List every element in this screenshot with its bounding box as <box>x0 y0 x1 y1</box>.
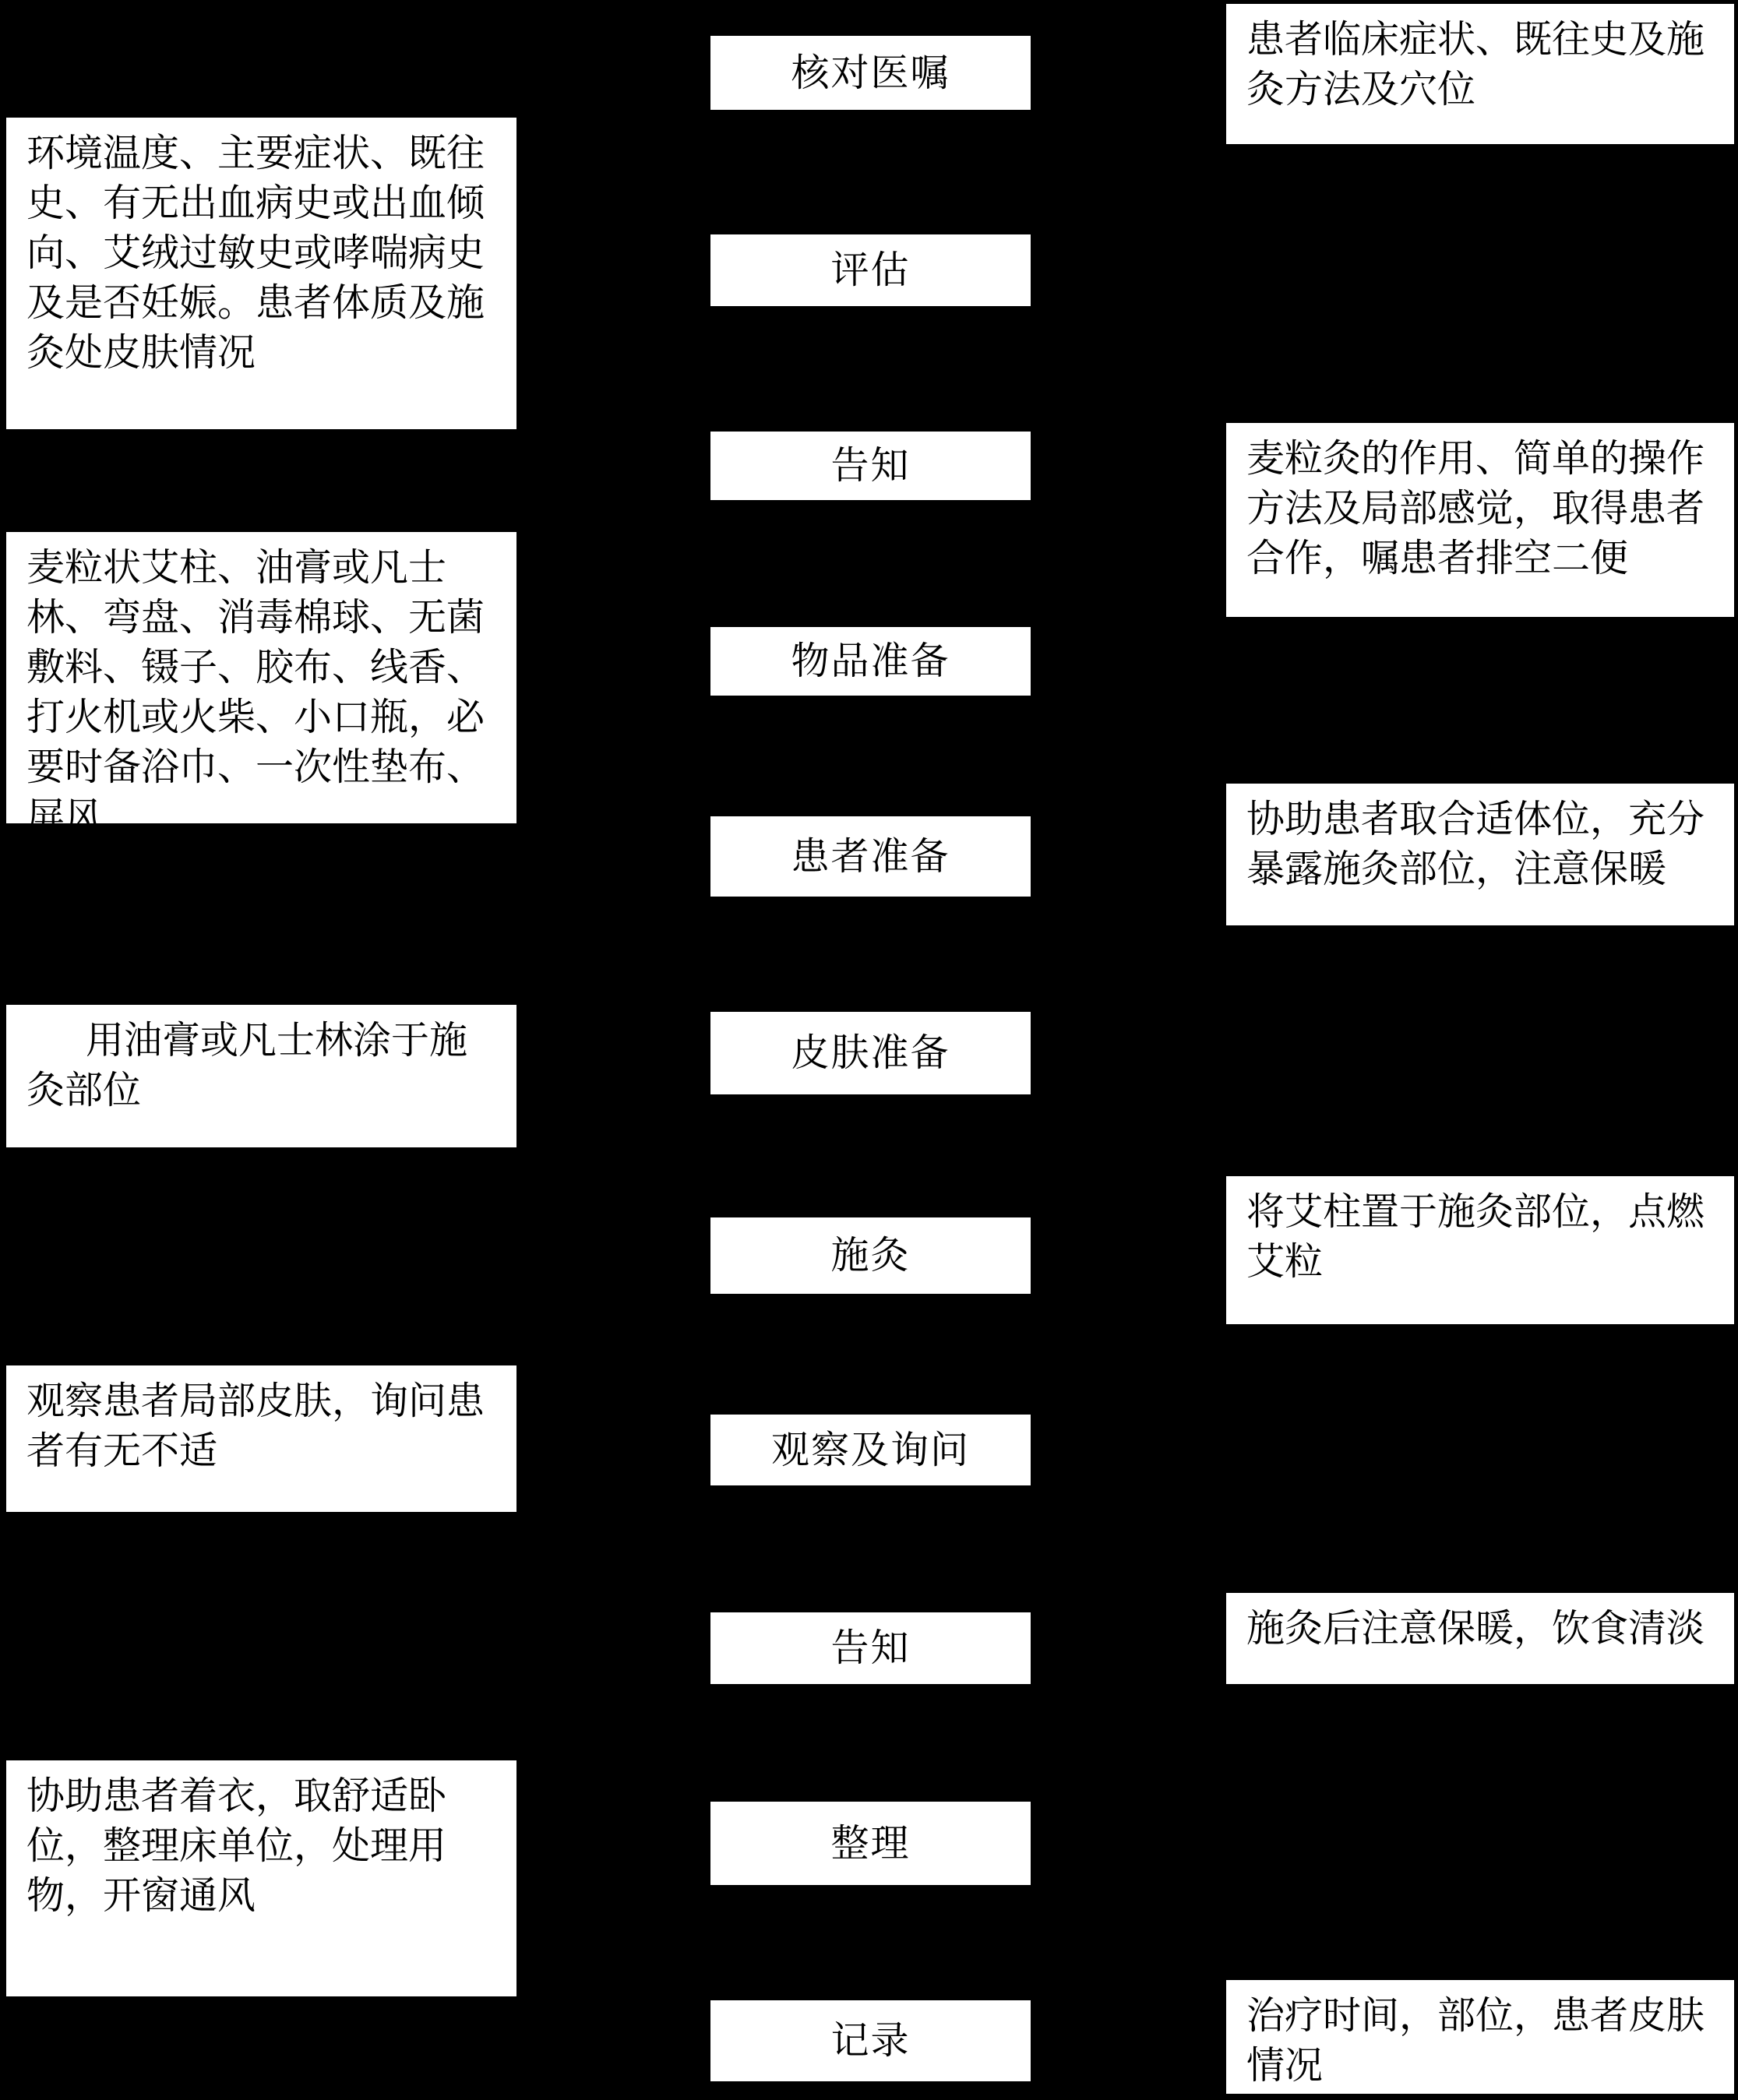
step-box-check-orders-label: 核对医嘱 <box>791 48 950 98</box>
right-note-aftercare-note-label: 施灸后注意保暖，饮食清淡 <box>1246 1607 1705 1650</box>
step-box-inform: 告知 <box>710 432 1031 500</box>
left-note-supplies-note: 麦粒状艾柱、油膏或凡士林、弯盘、消毒棉球、无菌敷料、镊子、胶布、线香、打火机或火… <box>6 532 516 823</box>
right-note-record-note-label: 治疗时间，部位，患者皮肤情况 <box>1246 1994 1705 2087</box>
right-note-record-note: 治疗时间，部位，患者皮肤情况 <box>1226 1980 1734 2094</box>
flowchart-canvas: 核对医嘱评估告知物品准备患者准备皮肤准备施灸观察及询问告知整理记录环境温度、主要… <box>0 0 1738 2100</box>
left-note-observe-note-label: 观察患者局部皮肤，询问患者有无不适 <box>26 1379 485 1472</box>
right-note-check-note-label: 患者临床症状、既往史及施灸方法及穴位 <box>1246 18 1705 111</box>
step-box-patient-prep: 患者准备 <box>710 816 1031 897</box>
step-box-inform-after-label: 告知 <box>830 1623 910 1673</box>
step-box-check-orders: 核对医嘱 <box>710 36 1031 110</box>
step-box-inform-label: 告知 <box>830 441 910 491</box>
left-note-skin-prep-note: 用油膏或凡士林涂于施灸部位 <box>6 1005 516 1147</box>
right-note-inform-note-label: 麦粒灸的作用、简单的操作方法及局部感觉，取得患者合作，嘱患者排空二便 <box>1246 437 1705 580</box>
left-note-tidy-note-label: 协助患者着衣，取舒适卧位，整理床单位，处理用物，开窗通风 <box>26 1774 446 1917</box>
step-box-tidy-up: 整理 <box>710 1802 1031 1885</box>
step-box-patient-prep-label: 患者准备 <box>791 832 950 882</box>
left-note-tidy-note: 协助患者着衣，取舒适卧位，整理床单位，处理用物，开窗通风 <box>6 1760 516 1996</box>
right-note-moxibustion-note: 将艾柱置于施灸部位，点燃艾粒 <box>1226 1176 1734 1324</box>
step-box-observe-inquire-label: 观察及询问 <box>771 1425 970 1475</box>
left-note-skin-prep-note-label: 用油膏或凡士林涂于施灸部位 <box>26 1019 467 1112</box>
step-box-observe-inquire: 观察及询问 <box>710 1415 1031 1485</box>
left-note-assess-note: 环境温度、主要症状、既往史、有无出血病史或出血倾向、艾绒过敏史或哮喘病史及是否妊… <box>6 118 516 429</box>
step-box-assess-label: 评估 <box>830 245 910 295</box>
left-note-observe-note: 观察患者局部皮肤，询问患者有无不适 <box>6 1365 516 1512</box>
step-box-record-label: 记录 <box>830 2016 910 2066</box>
left-note-supplies-note-label: 麦粒状艾柱、油膏或凡士林、弯盘、消毒棉球、无菌敷料、镊子、胶布、线香、打火机或火… <box>26 546 485 838</box>
right-note-aftercare-note: 施灸后注意保暖，饮食清淡 <box>1226 1593 1734 1684</box>
step-box-supplies-prep: 物品准备 <box>710 627 1031 696</box>
left-note-assess-note-label: 环境温度、主要症状、既往史、有无出血病史或出血倾向、艾绒过敏史或哮喘病史及是否妊… <box>26 132 485 374</box>
step-box-assess: 评估 <box>710 234 1031 306</box>
step-box-supplies-prep-label: 物品准备 <box>791 636 950 686</box>
step-box-tidy-up-label: 整理 <box>830 1819 910 1869</box>
step-box-skin-prep: 皮肤准备 <box>710 1012 1031 1094</box>
right-note-inform-note: 麦粒灸的作用、简单的操作方法及局部感觉，取得患者合作，嘱患者排空二便 <box>1226 423 1734 617</box>
step-box-skin-prep-label: 皮肤准备 <box>791 1028 950 1078</box>
right-note-patient-prep-note-label: 协助患者取合适体位，充分暴露施灸部位，注意保暖 <box>1246 798 1705 890</box>
step-box-record: 记录 <box>710 2000 1031 2081</box>
step-box-moxibustion: 施灸 <box>710 1217 1031 1294</box>
right-note-moxibustion-note-label: 将艾柱置于施灸部位，点燃艾粒 <box>1246 1190 1705 1283</box>
right-note-patient-prep-note: 协助患者取合适体位，充分暴露施灸部位，注意保暖 <box>1226 784 1734 925</box>
step-box-moxibustion-label: 施灸 <box>830 1231 910 1281</box>
right-note-check-note: 患者临床症状、既往史及施灸方法及穴位 <box>1226 4 1734 144</box>
step-box-inform-after: 告知 <box>710 1612 1031 1684</box>
